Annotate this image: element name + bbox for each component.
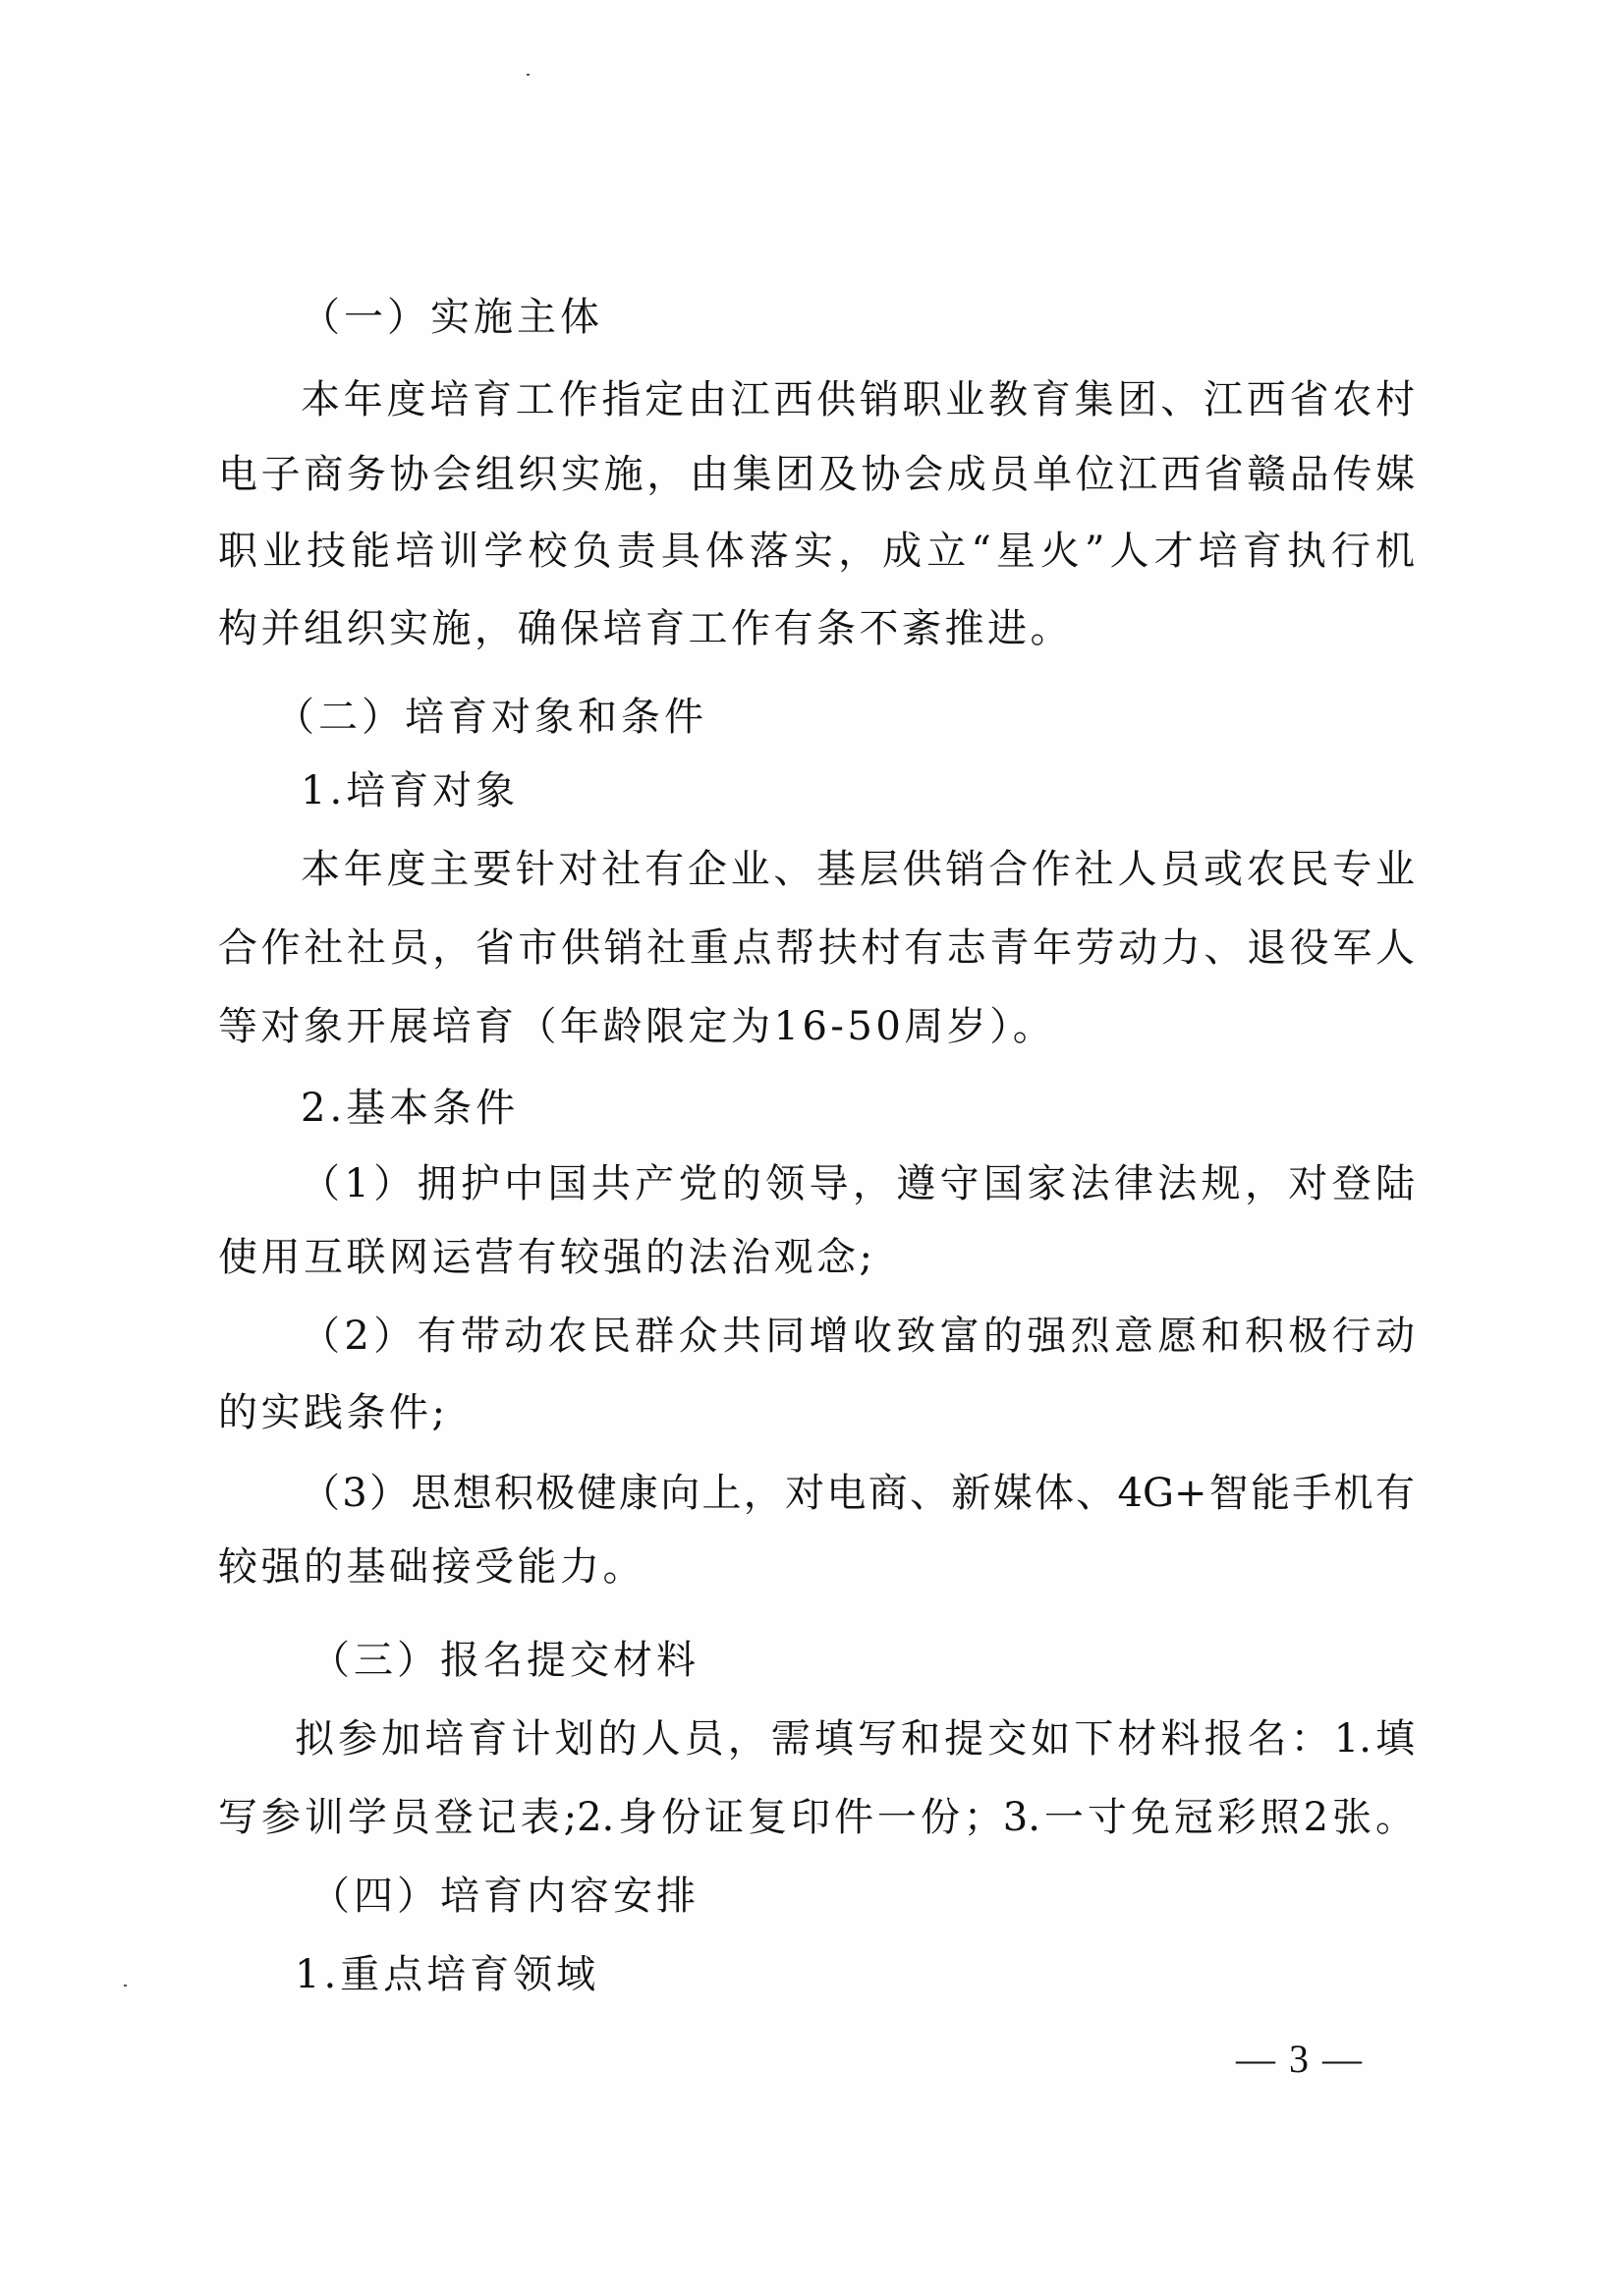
- paragraph-line: 职业技能培训学校负责具体落实，成立“星火”人才培育执行机: [218, 512, 1415, 590]
- list-item-line: 使用互联网运营有较强的法治观念;: [218, 1218, 875, 1297]
- section-heading-2: （二）培育对象和条件: [275, 678, 707, 756]
- subsection-title: 2.基本条件: [301, 1069, 519, 1147]
- list-item-line: 的实践条件;: [218, 1373, 448, 1452]
- paragraph-line: 本年度培育工作指定由江西供销职业教育集团、江西省农村: [301, 361, 1415, 439]
- page-number: — 3 —: [1236, 2032, 1364, 2087]
- scan-speck: [527, 74, 530, 76]
- section-heading-3: （三）报名提交材料: [310, 1621, 700, 1700]
- list-item-line: （1）拥护中国共产党的领导，遵守国家法律法规，对登陆: [301, 1145, 1415, 1223]
- paragraph-line: 电子商务协会组织实施，由集团及协会成员单位江西省赣品传媒: [218, 435, 1415, 514]
- document-page: （一）实施主体 本年度培育工作指定由江西供销职业教育集团、江西省农村 电子商务协…: [0, 0, 1624, 2295]
- scan-speck: [124, 1985, 127, 1987]
- paragraph-line: 拟参加培育计划的人员，需填写和提交如下材料报名：1.填: [295, 1700, 1415, 1778]
- paragraph-line: 等对象开展培育（年龄限定为16-50周岁）。: [218, 987, 1055, 1066]
- section-heading-1: （一）实施主体: [301, 278, 603, 357]
- list-item-line: 较强的基础接受能力。: [218, 1528, 645, 1606]
- subsection-title: 1.重点培育领域: [295, 1935, 599, 2014]
- list-item-line: （2）有带动农民群众共同增收致富的强烈意愿和积极行动: [301, 1297, 1415, 1375]
- paragraph-line: 合作社社员，省市供销社重点帮扶村有志青年劳动力、退役军人: [218, 909, 1415, 987]
- subsection-title: 1.培育对象: [301, 752, 519, 830]
- paragraph-line: 构并组织实施，确保培育工作有条不紊推进。: [218, 589, 1073, 668]
- paragraph-line: 本年度主要针对社有企业、基层供销合作社人员或农民专业: [301, 830, 1415, 909]
- section-heading-4: （四）培育内容安排: [310, 1857, 700, 1935]
- list-item-line: （3）思想积极健康向上，对电商、新媒体、4G+智能手机有: [301, 1454, 1415, 1533]
- paragraph-line: 写参训学员登记表;2.身份证复印件一份；3.一寸免冠彩照2张。: [218, 1778, 1415, 1857]
